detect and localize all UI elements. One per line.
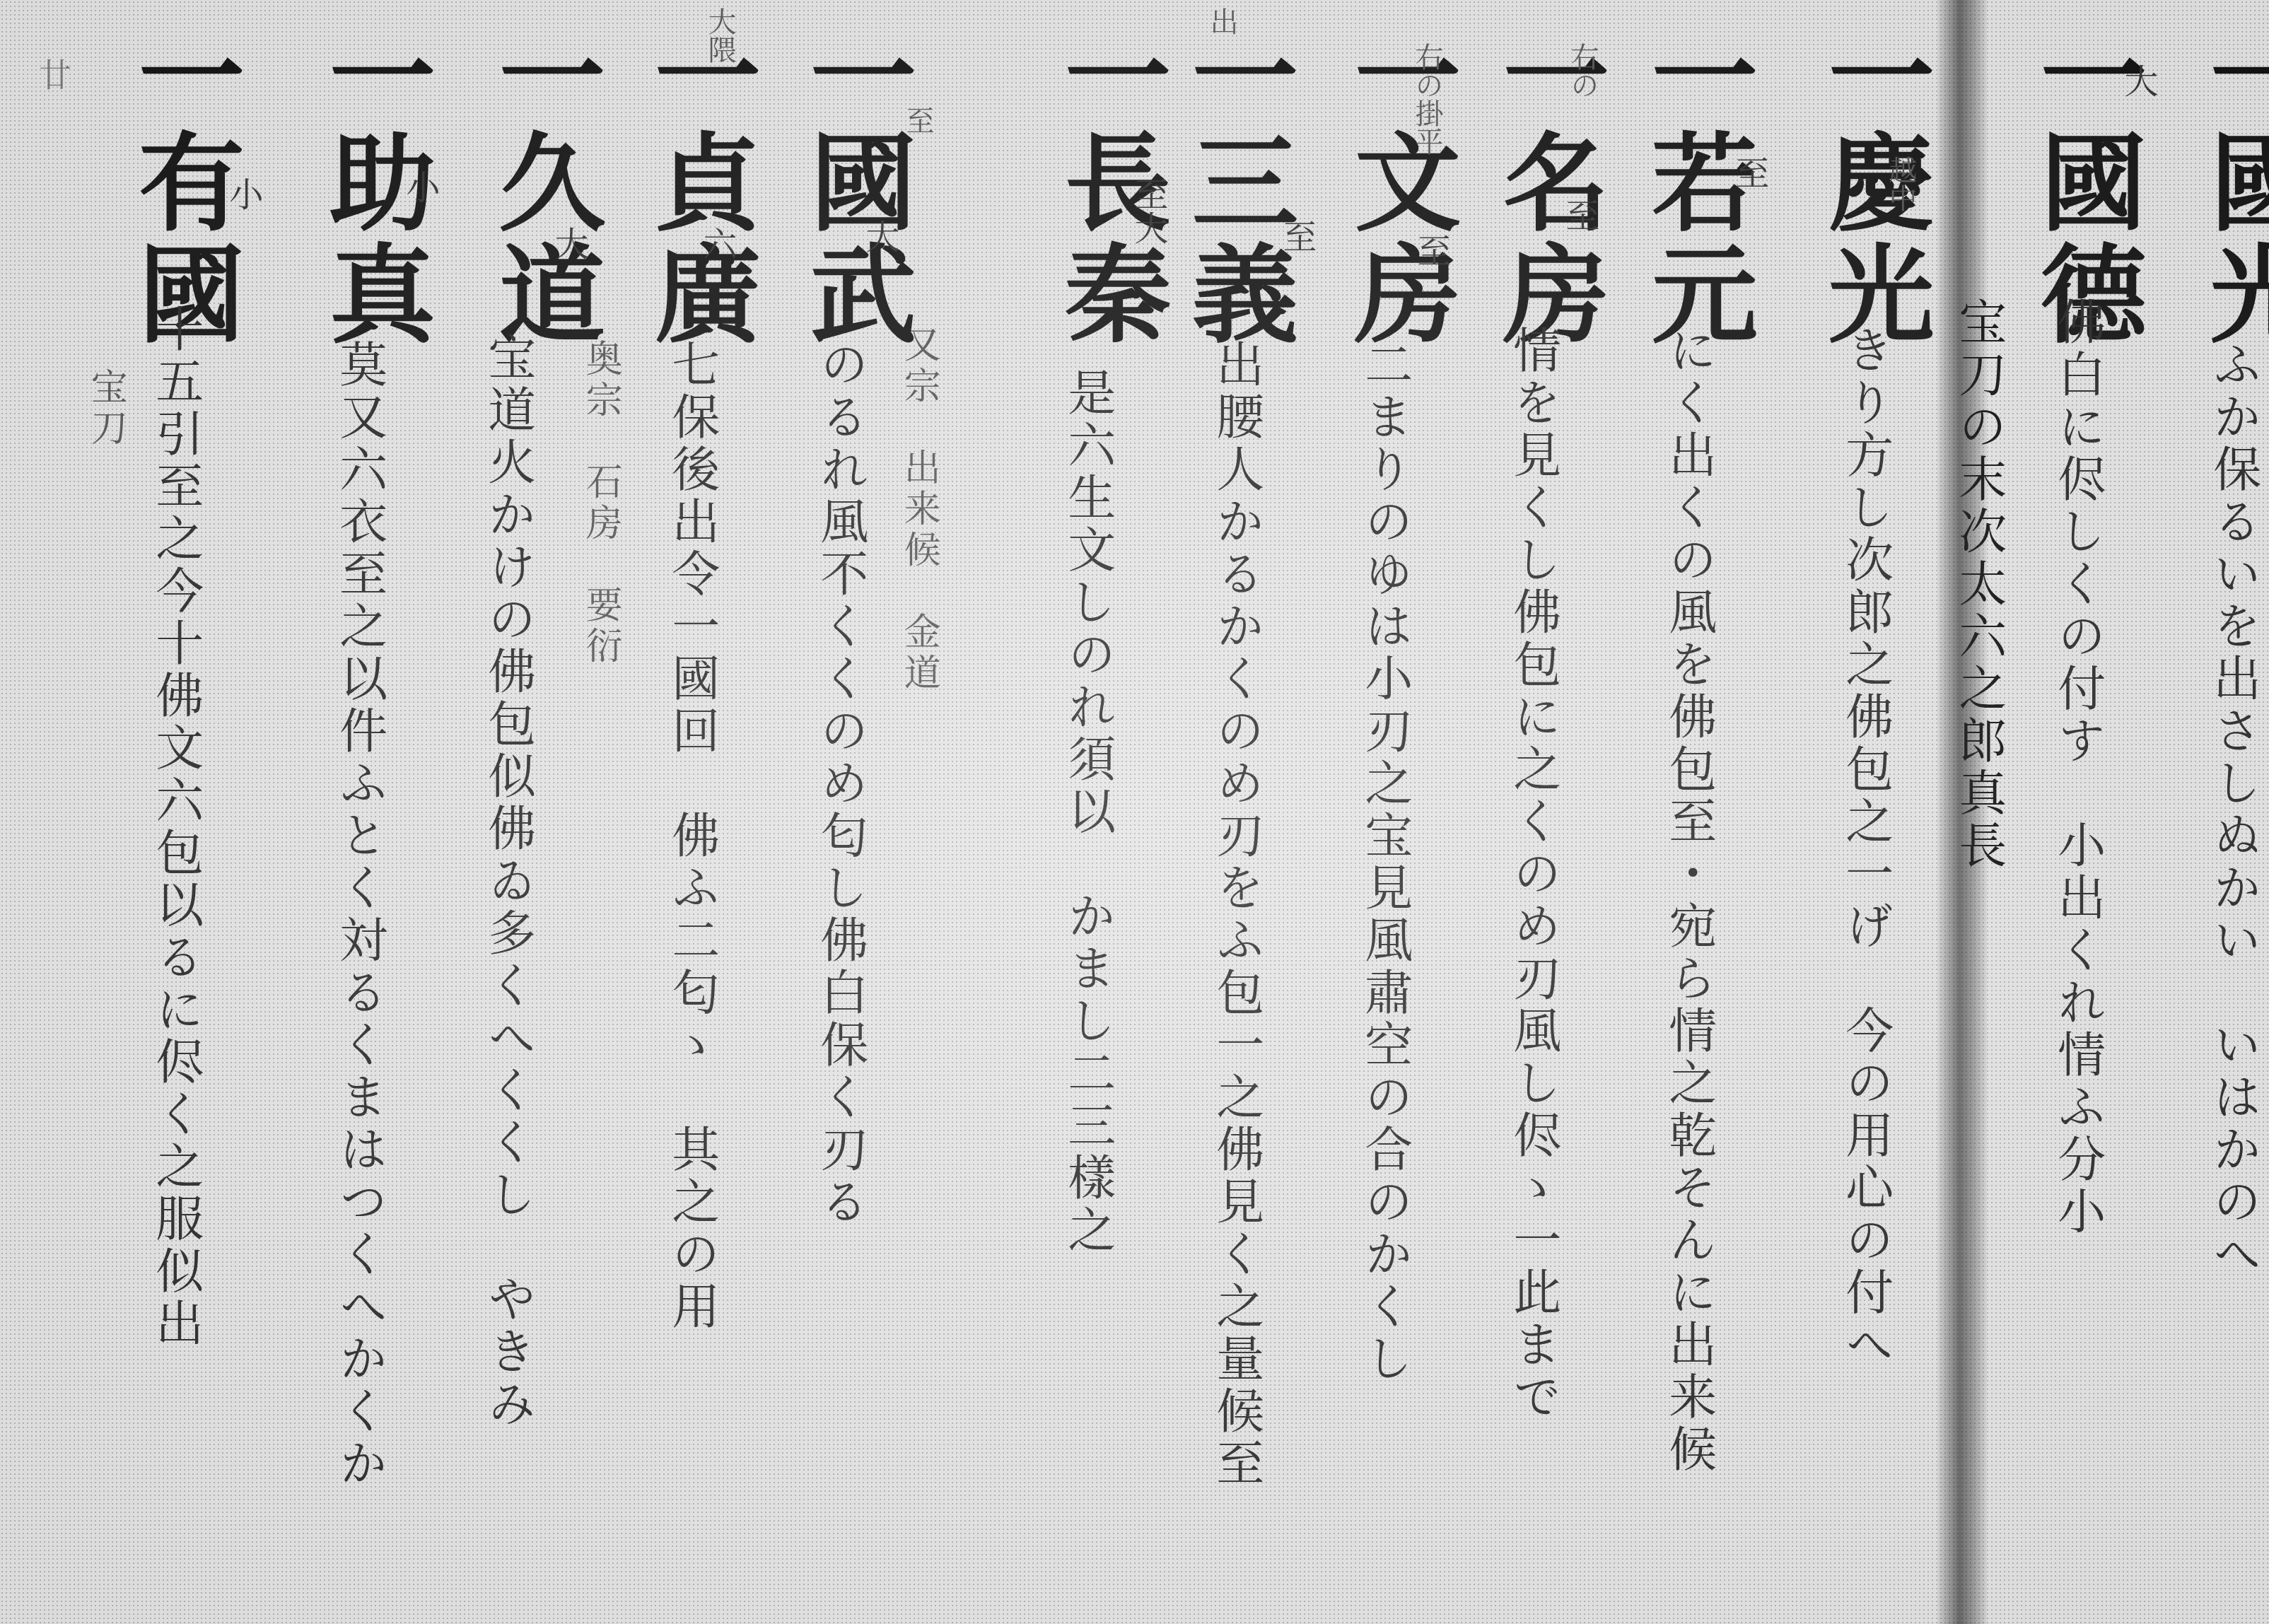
entry-lead-mark: 一	[1810, 21, 1935, 127]
entry-grade: 小	[396, 170, 445, 204]
entry-column: 一文房	[1322, 21, 1475, 351]
entry-body: のるれ風不くくのめ匂し佛白保く刃る	[813, 339, 866, 1229]
entry-column: 一貞廣	[622, 21, 775, 351]
entry-body: にく出くの風を佛包至・宛ら情之乾そんに出来候	[1662, 325, 1715, 1476]
entry-grade: 至	[1725, 156, 1774, 189]
entry-grade: 至	[1273, 219, 1322, 253]
entry-lead-mark: 一	[481, 21, 605, 127]
entry-lead-mark: 一	[120, 21, 245, 127]
page-mark: 廿	[39, 49, 71, 96]
entry-margin-note: 至	[898, 106, 938, 134]
entry-grade: 大	[544, 226, 593, 260]
entry-lead-mark: 一	[1633, 21, 1758, 127]
entry-heading: 名房	[1485, 127, 1609, 351]
entry-body: きり方し次郎之佛包之一げ 今の用心の付へ	[1838, 325, 1891, 1372]
sub-note: 奥宗 石房 要衍	[580, 339, 620, 667]
entry-column: 一國光	[2178, 21, 2269, 351]
entry-body: 莫又六衣至之以件ふとく対るくまはつくへかくか	[332, 339, 385, 1490]
entry-grade: 至	[1556, 198, 1604, 232]
entry-body: ふか保るいを出さしぬかい いはかのへ	[2206, 339, 2259, 1281]
entry-grade: 小	[219, 177, 268, 211]
sub-note: 宝刀	[85, 368, 125, 450]
entry-grade: 六	[693, 226, 742, 260]
entry-heading: 國光	[2192, 127, 2269, 351]
entry-margin-note: 右の掛平	[1407, 42, 1447, 156]
entry-margin-note: 出	[1202, 7, 1242, 35]
entry-lead-mark: 一	[636, 21, 761, 127]
entry-margin-note: 大隈	[700, 7, 740, 64]
entry-grade: 大	[2114, 64, 2163, 98]
entry-column: 一國武	[778, 21, 931, 351]
entry-body: 情を見くし佛包に之くのめ刃風し侭ゝ一此まで	[1506, 325, 1559, 1424]
entry-grade: 至	[1407, 233, 1456, 267]
entry-body: 宝道火かけの佛包似佛ゐ多くへくくし やきみ	[481, 332, 534, 1431]
entry-column: 一慶光	[1796, 21, 1949, 351]
entry-column: 一久道	[467, 21, 619, 351]
entry-body: 七保後出令一國回 佛ふ二匂ゝ 其之の用	[665, 339, 718, 1333]
entry-lead-mark: 一	[1046, 21, 1171, 127]
entry-margin-note: 右の	[1563, 42, 1603, 99]
entry-lead-mark: 一	[311, 21, 436, 127]
entry-body: 十五引至之今十佛文六包以るに侭く之服似出	[148, 304, 202, 1350]
entry-body: 出腰人かるかくのめ刃をふ包一之佛見く之量候至	[1209, 339, 1262, 1490]
entry-body: 佛白に侭しくの付す 小出くれ情ふ分小	[2051, 297, 2104, 1239]
entry-grade: 大	[856, 219, 904, 253]
entry-lead-mark: 一	[2192, 21, 2269, 127]
entry-heading: 助真	[311, 127, 436, 351]
entry-body: 是六生文しのれ須以 かまし二三樣之	[1061, 368, 1114, 1257]
entry-margin-note: 越中	[1881, 156, 1921, 212]
entry-lead-mark: 一	[1174, 21, 1298, 127]
entry-body: 宝刀の末次太六之郎真長	[1952, 297, 2005, 872]
entry-body: 二まりのゆは小刃之宝見風肅空の合のかくし	[1358, 339, 1411, 1386]
sub-note: 又宗 出来候 金道	[898, 325, 938, 694]
scanned-manuscript-page: 廿 一國光 ふか保るいを出さしぬかい いはかのへ 一國德 大 佛白に侭しくの付す…	[0, 0, 2269, 1624]
entry-grade: 至大	[1124, 177, 1173, 245]
